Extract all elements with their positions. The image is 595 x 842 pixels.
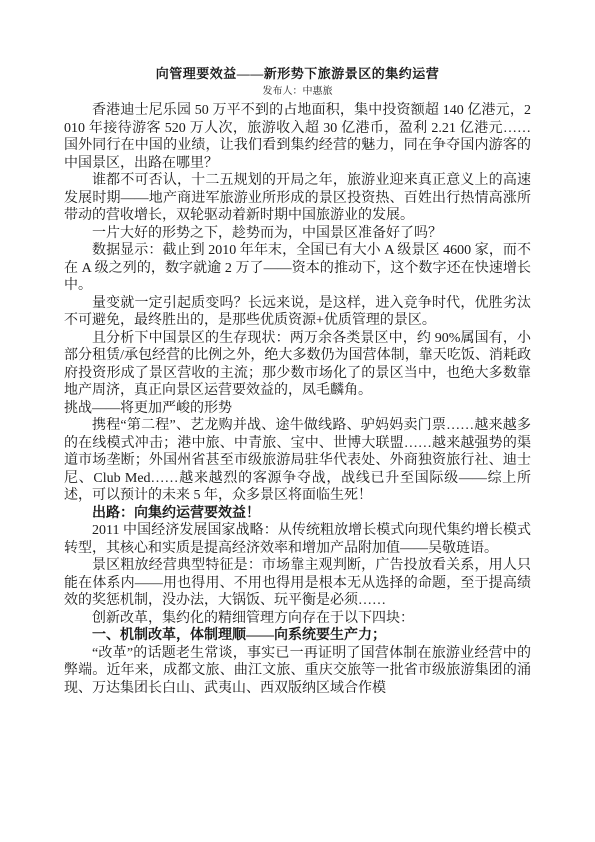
paragraph: 谁都不可否认，十二五规划的开局之年，旅游业迎来真正意义上的高速发展时期——地产商… <box>64 172 531 225</box>
paragraph: 一片大好的形势之下，趁势而为，中国景区准备好了吗？ <box>64 225 531 243</box>
paragraph: 量变就一定引起质变吗？长远来说，是这样，进入竞争时代，优胜劣汰不可避免，最终胜出… <box>64 295 531 330</box>
paragraph: 数据显示：截止到 2010 年年末，全国已有大小 A 级景区 4600 家，而不… <box>64 242 531 295</box>
section-heading: 出路：向集约运营要效益！ <box>64 505 531 523</box>
paragraph: 携程“第二程”、艺龙购并战、途牛做线路、驴妈妈卖门票……越来越多的在线模式冲击；… <box>64 417 531 505</box>
paragraph: 创新改革，集约化的精细管理方向存在于以下四块： <box>64 610 531 628</box>
document-title: 向管理要效益——新形势下旅游景区的集约运营 <box>64 64 531 84</box>
document-body: 香港迪士尼乐园 50 万平不到的占地面积，集中投资额超 140 亿港元，2010… <box>64 102 531 697</box>
paragraph: 香港迪士尼乐园 50 万平不到的占地面积，集中投资额超 140 亿港元，2010… <box>64 102 531 172</box>
paragraph: 2011 中国经济发展国家战略：从传统粗放增长模式向现代集约增长模式转型，其核心… <box>64 522 531 557</box>
paragraph: “改革”的话题老生常谈，事实已一再证明了国营体制在旅游业经营中的弊端。近年来，成… <box>64 645 531 698</box>
paragraph: 且分析下中国景区的生存现状：两万余各类景区中，约 90%属国有，小部分租赁/承包… <box>64 330 531 400</box>
section-heading: 一、机制改革，体制理顺——向系统要生产力； <box>64 627 531 645</box>
document-page: 向管理要效益——新形势下旅游景区的集约运营 发布人：中惠旅 香港迪士尼乐园 50… <box>0 0 595 842</box>
publisher-line: 发布人：中惠旅 <box>64 84 531 99</box>
section-heading: 挑战——将更加严峻的形势 <box>64 400 531 418</box>
paragraph: 景区粗放经营典型特征是：市场靠主观判断，广告投放看关系，用人只能在体系内——用也… <box>64 557 531 610</box>
